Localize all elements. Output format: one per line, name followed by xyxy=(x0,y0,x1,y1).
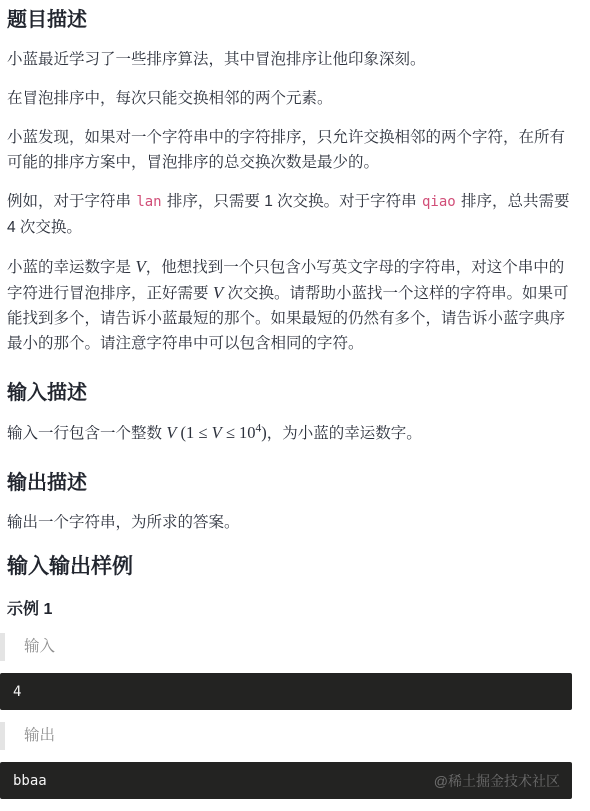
heading-problem-description: 题目描述 xyxy=(7,7,572,33)
problem-paragraph-1: 小蓝最近学习了一些排序算法，其中冒泡排序让他印象深刻。 xyxy=(7,47,572,72)
input-description-paragraph: 输入一行包含一个整数 V (1 ≤ V ≤ 104)，为小蓝的幸运数字。 xyxy=(7,420,572,446)
problem-paragraph-2: 在冒泡排序中，每次只能交换相邻的两个元素。 xyxy=(7,86,572,111)
output-description-paragraph: 输出一个字符串，为所求的答案。 xyxy=(7,510,572,535)
problem-paragraph-5: 小蓝的幸运数字是 V，他想找到一个只包含小写英文字母的字符串，对这个串中的字符进… xyxy=(7,254,572,356)
heading-example-1: 示例 1 xyxy=(7,599,572,621)
math-variable-v: V xyxy=(213,283,223,302)
inline-code-qiao: qiao xyxy=(421,194,457,210)
sample-output-code-block: bbaa@稀土掘金技术社区 xyxy=(0,762,572,799)
inline-code-lan: lan xyxy=(135,194,162,210)
math-variable-v: V xyxy=(212,423,222,442)
sample-output-label-quote: 输出 xyxy=(0,722,572,750)
sample-input-value: 4 xyxy=(13,682,21,702)
watermark: @稀土掘金技术社区 xyxy=(434,771,560,791)
text-segment: 排序，只需要 1 次交换。对于字符串 xyxy=(163,193,421,210)
heading-input-description: 输入描述 xyxy=(7,380,572,406)
heading-samples: 输入输出样例 xyxy=(7,553,572,581)
page: { "watermark": "@稀土掘金技术社区", "colors": { … xyxy=(0,0,590,811)
problem-article: 题目描述 小蓝最近学习了一些排序算法，其中冒泡排序让他印象深刻。 在冒泡排序中，… xyxy=(0,0,590,799)
text-segment: ，为小蓝的幸运数字。 xyxy=(267,425,422,442)
problem-paragraph-4: 例如，对于字符串 lan 排序，只需要 1 次交换。对于字符串 qiao 排序，… xyxy=(7,189,572,240)
formula-segment: (1 ≤ xyxy=(176,423,211,442)
math-variable-v: V xyxy=(135,257,145,276)
math-variable-v: V xyxy=(166,423,176,442)
sample-output-value: bbaa xyxy=(13,771,47,791)
problem-paragraph-3: 小蓝发现，如果对一个字符串中的字符排序，只允许交换相邻的两个字符，在所有可能的排… xyxy=(7,125,572,175)
text-segment: 输入一行包含一个整数 xyxy=(7,425,166,442)
heading-output-description: 输出描述 xyxy=(7,470,572,496)
sample-output-label: 输出 xyxy=(24,722,572,750)
formula-segment: ≤ 10 xyxy=(222,423,256,442)
text-segment: 例如，对于字符串 xyxy=(7,193,135,210)
math-formula-v-range: V (1 ≤ V ≤ 104) xyxy=(166,423,266,442)
text-segment: 小蓝的幸运数字是 xyxy=(7,259,135,276)
sample-input-label-quote: 输入 xyxy=(0,633,572,661)
sample-input-code-block: 4 xyxy=(0,673,572,710)
sample-input-label: 输入 xyxy=(24,633,572,661)
